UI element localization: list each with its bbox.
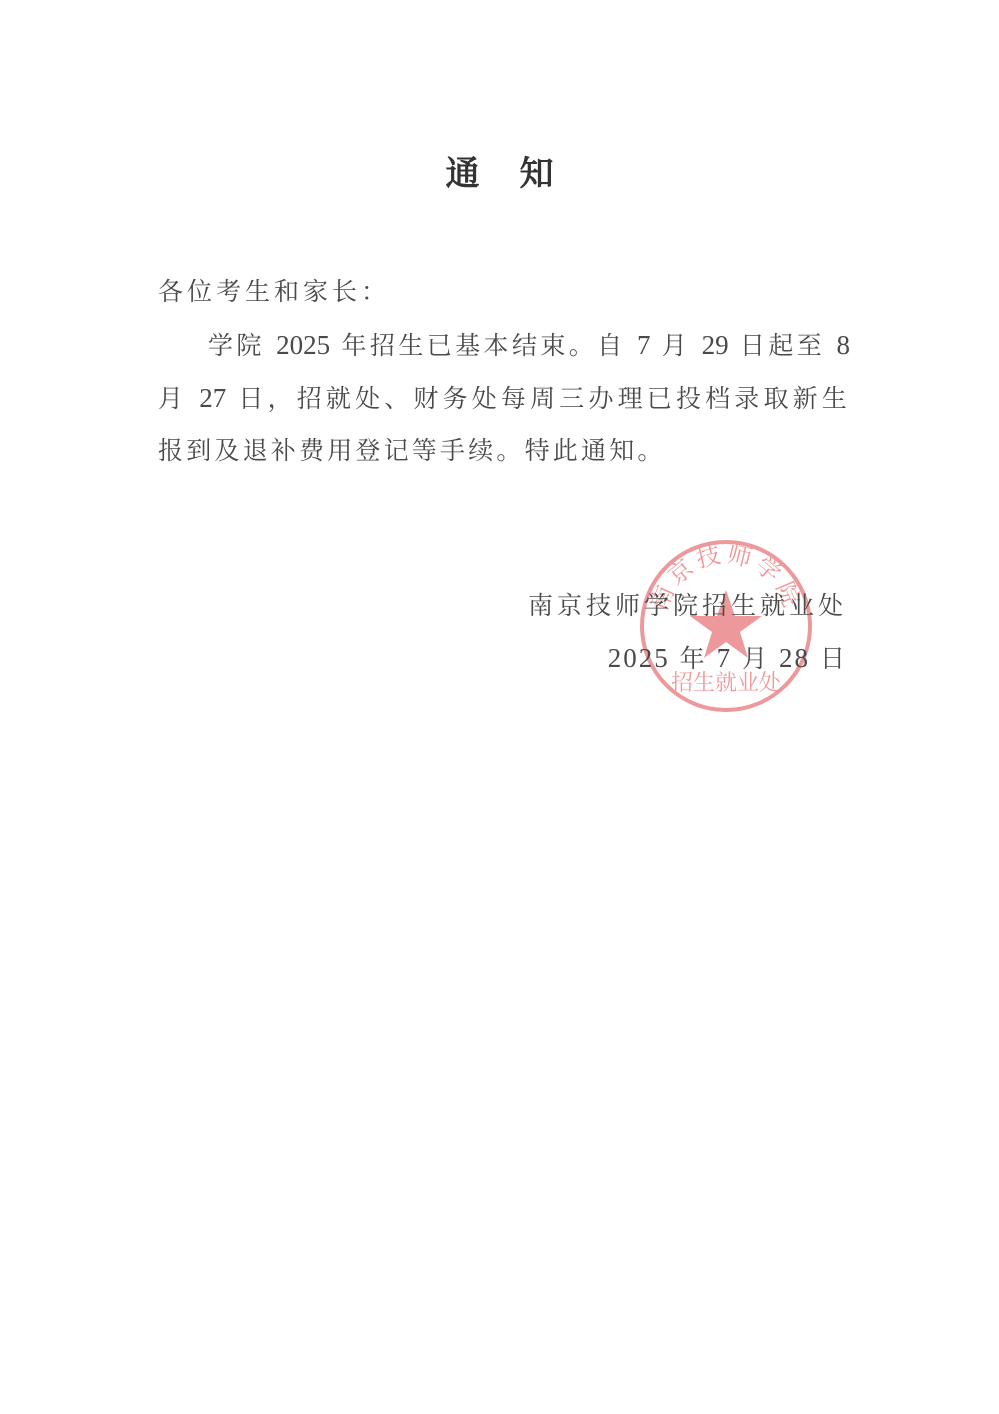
text-segment: 学院 [208,331,276,360]
date-text: 年 [670,644,717,673]
text-segment: 年招生已基本结束。自 [330,331,637,360]
text-segment: 月 [158,384,199,413]
notice-title: 通知 [0,146,999,195]
date-text: 月 [732,644,779,673]
date-text: 日 [810,644,847,673]
year-number: 2025 [276,330,330,360]
date-year: 2025 [608,643,670,673]
signature-organization: 南京技师学院招生就业处 [528,580,847,632]
text-segment: 日起至 [729,331,837,360]
end-month: 8 [837,330,851,360]
text-segment: 月 [650,331,701,360]
text-segment: 日，招就处、财务处每周三办理已投档录取新生报到及退补费用登记等手续。特此通知。 [158,384,850,465]
document-page: 通知 各位考生和家长： 学院 2025 年招生已基本结束。自 7 月 29 日起… [0,0,999,1414]
salutation: 各位考生和家长： [158,266,390,318]
notice-paragraph: 学院 2025 年招生已基本结束。自 7 月 29 日起至 8 月 27 日，招… [158,319,850,477]
date-day: 28 [779,643,810,673]
end-day: 27 [199,383,226,413]
signature-date: 2025 年 7 月 28 日 [608,632,847,685]
date-month: 7 [717,643,733,673]
start-month: 7 [637,330,651,360]
start-day: 29 [702,330,729,360]
